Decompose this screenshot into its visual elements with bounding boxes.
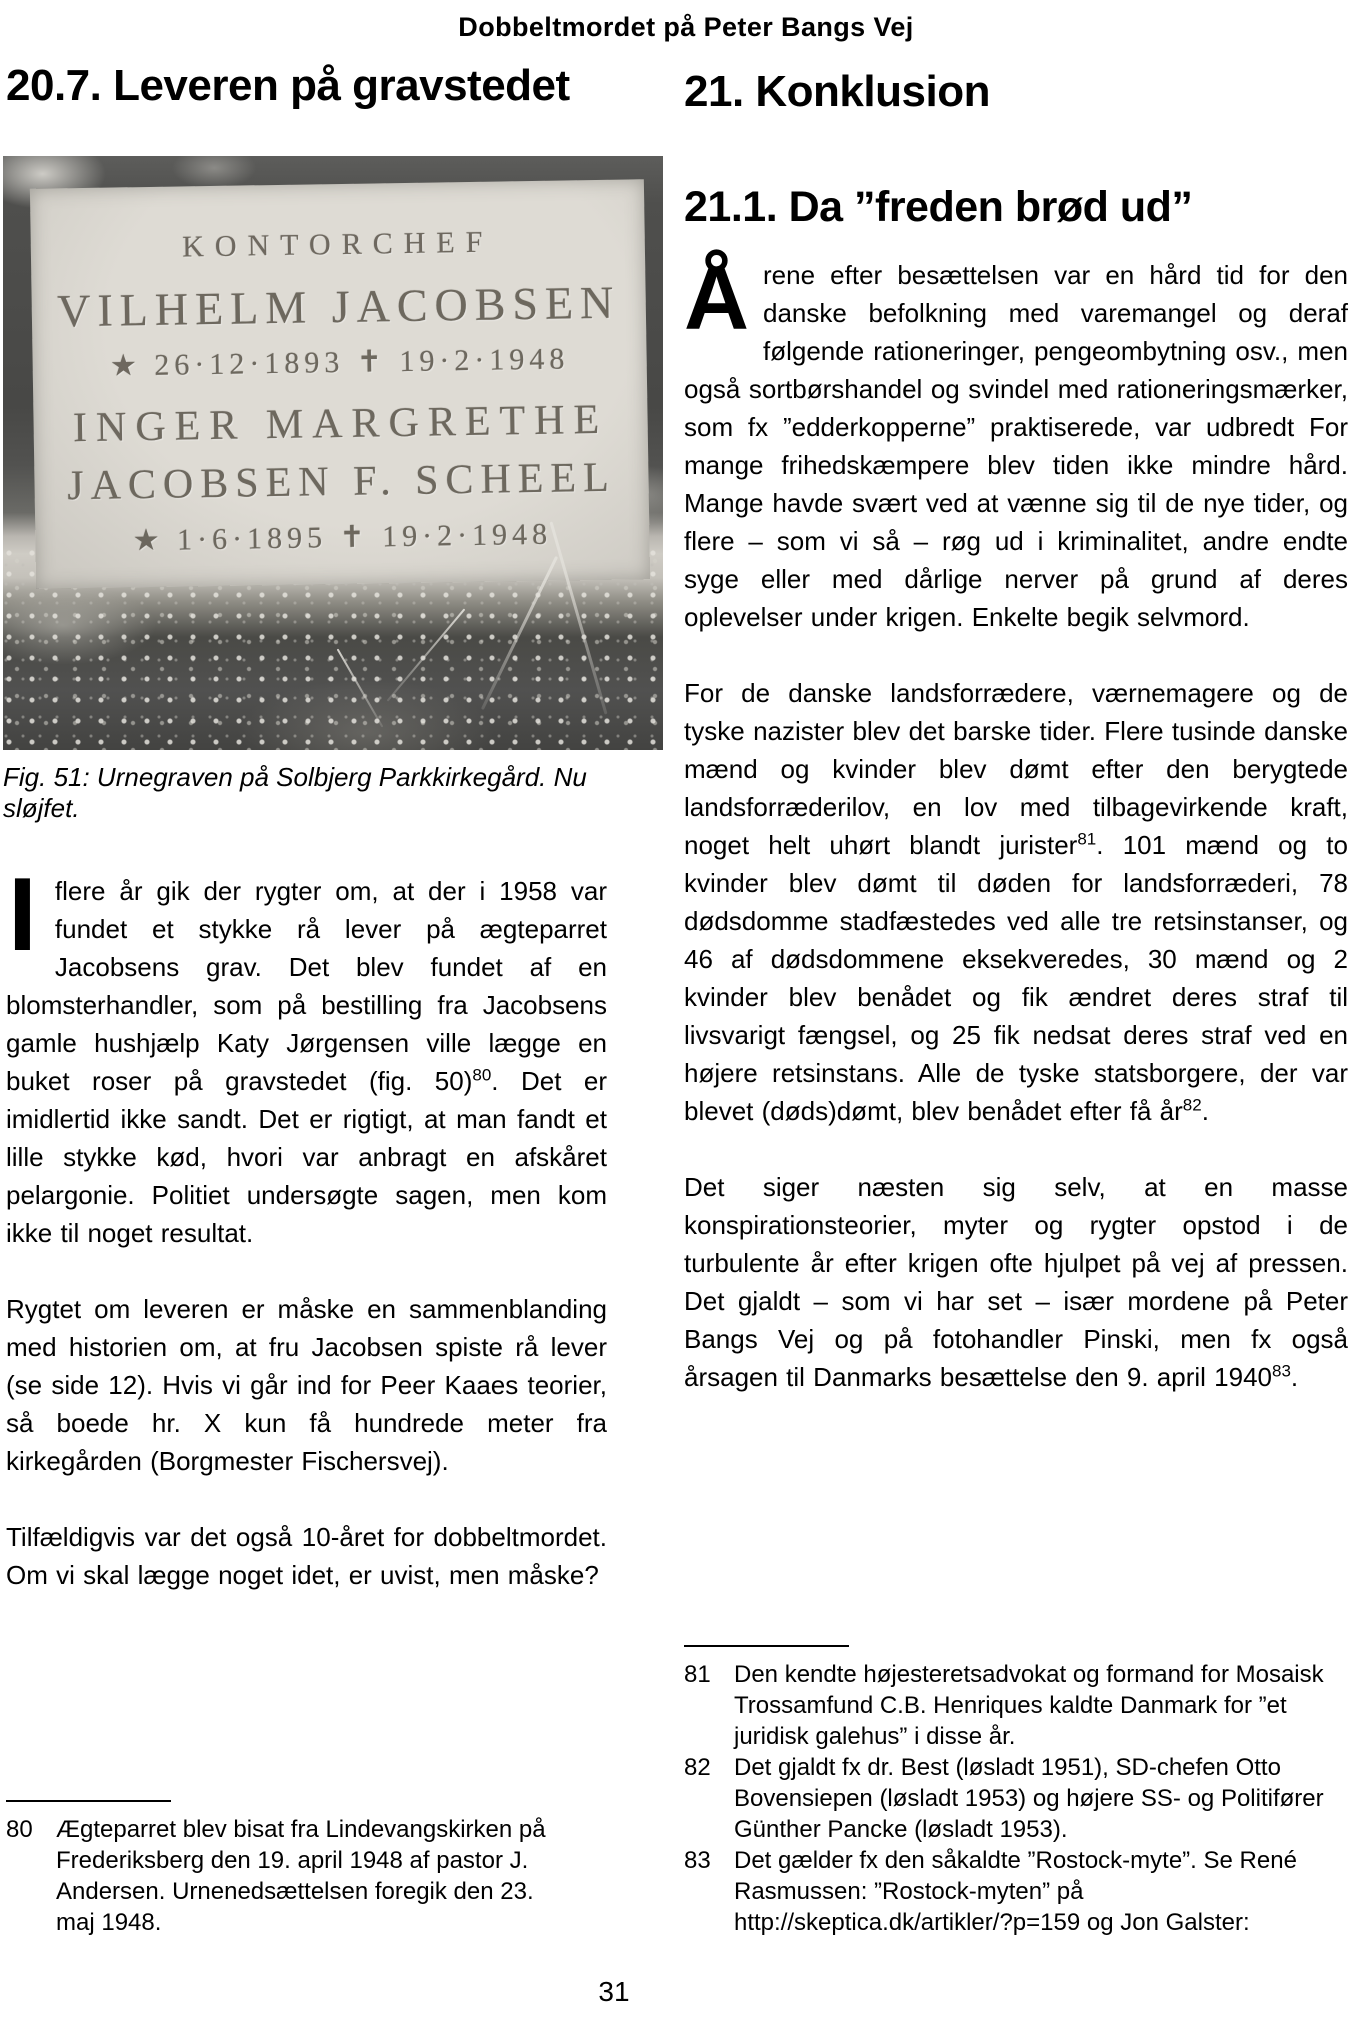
paragraph-text: . [1291, 1362, 1298, 1392]
book-page: Dobbeltmordet på Peter Bangs Vej 20.7. L… [0, 0, 1372, 2036]
gravestone-photo: KONTORCHEF VILHELM JACOBSEN ★ 26·12·1893… [3, 156, 663, 750]
section-heading-20-7: 20.7. Leveren på gravstedet [6, 62, 607, 110]
section-heading-21-1: 21.1. Da ”freden brød ud” [684, 184, 1348, 230]
page-number: 31 [574, 1976, 654, 2008]
footnote-number: 80 [6, 1814, 56, 1938]
footnote-80: 80 Ægteparret blev bisat fra Lindevangsk… [6, 1814, 566, 1938]
figure-caption: Fig. 51: Urnegraven på Solbjerg Parkkirk… [3, 762, 607, 824]
paragraph-text: . [1202, 1096, 1209, 1126]
gravestone-inscription-line: ★ 26·12·1893 ✝ 19·2·1948 [32, 340, 646, 385]
footnote-number: 83 [684, 1845, 734, 1938]
footnote-81: 81 Den kendte højesteretsadvokat og form… [684, 1659, 1352, 1752]
footnote-ref-82: 82 [1183, 1095, 1202, 1114]
paragraph-sammenblanding: Rygtet om leveren er måske en sammenblan… [6, 1290, 607, 1480]
right-column: 21. Konklusion 21.1. Da ”freden brød ud”… [684, 0, 1348, 1396]
drop-cap: I [8, 877, 37, 953]
footnote-text: Det gælder fx den såkaldte ”Rostock-myte… [734, 1845, 1352, 1938]
section-heading-21: 21. Konklusion [684, 68, 1348, 116]
footnote-ref-83: 83 [1272, 1361, 1291, 1380]
figure-51: KONTORCHEF VILHELM JACOBSEN ★ 26·12·1893… [3, 156, 607, 824]
footnote-block-left: 80 Ægteparret blev bisat fra Lindevangsk… [6, 1800, 566, 1938]
paragraph-lever-rygte: Iflere år gik der rygter om, at der i 19… [6, 872, 607, 1252]
footnote-text: Den kendte højesteretsadvokat og formand… [734, 1659, 1352, 1752]
gravestone-inscription-line: INGER MARGRETHE [33, 395, 648, 453]
drop-cap: Å [684, 262, 749, 336]
gravestone-inscription-line: KONTORCHEF [31, 223, 645, 267]
footnote-text: Ægteparret blev bisat fra Lindevangskirk… [56, 1814, 566, 1938]
gravestone-slab: KONTORCHEF VILHELM JACOBSEN ★ 26·12·1893… [30, 179, 650, 589]
paragraph-text: Det siger næsten sig selv, at en masse k… [684, 1172, 1348, 1392]
paragraph-konspirationsteorier: Det siger næsten sig selv, at en masse k… [684, 1168, 1348, 1396]
footnote-block-right: 81 Den kendte højesteretsadvokat og form… [684, 1645, 1352, 1938]
paragraph-landsforraedere: For de danske landsforrædere, værnemager… [684, 674, 1348, 1130]
gravestone-inscription-line: VILHELM JACOBSEN [31, 275, 646, 338]
branch-streak [337, 648, 384, 727]
footnote-82: 82 Det gjaldt fx dr. Best (løsladt 1951)… [684, 1752, 1352, 1845]
paragraph-text: rene efter besættelsen var en hård tid f… [684, 260, 1348, 632]
footnote-number: 82 [684, 1752, 734, 1845]
paragraph-text: flere år gik der rygter om, at der i 195… [6, 876, 607, 1096]
paragraph-aarene-efter: Årene efter besættelsen var en hård tid … [684, 256, 1348, 636]
paragraph-tilfaeldigvis: Tilfældigvis var det også 10-året for do… [6, 1518, 607, 1594]
paragraph-text: . 101 mænd og to kvinder blev dømt til d… [684, 830, 1348, 1126]
footnote-number: 81 [684, 1659, 734, 1752]
left-column: 20.7. Leveren på gravstedet KONTORCHEF V… [6, 0, 607, 1594]
gravestone-inscription-line: JACOBSEN F. SCHEEL [34, 453, 649, 511]
branch-streak [387, 608, 466, 701]
footnote-rule [684, 1645, 849, 1647]
footnote-83: 83 Det gælder fx den såkaldte ”Rostock-m… [684, 1845, 1352, 1938]
footnote-text: Det gjaldt fx dr. Best (løsladt 1951), S… [734, 1752, 1352, 1845]
footnote-rule [6, 1800, 171, 1802]
footnote-ref-81: 81 [1077, 829, 1096, 848]
footnote-ref-80: 80 [472, 1065, 491, 1084]
